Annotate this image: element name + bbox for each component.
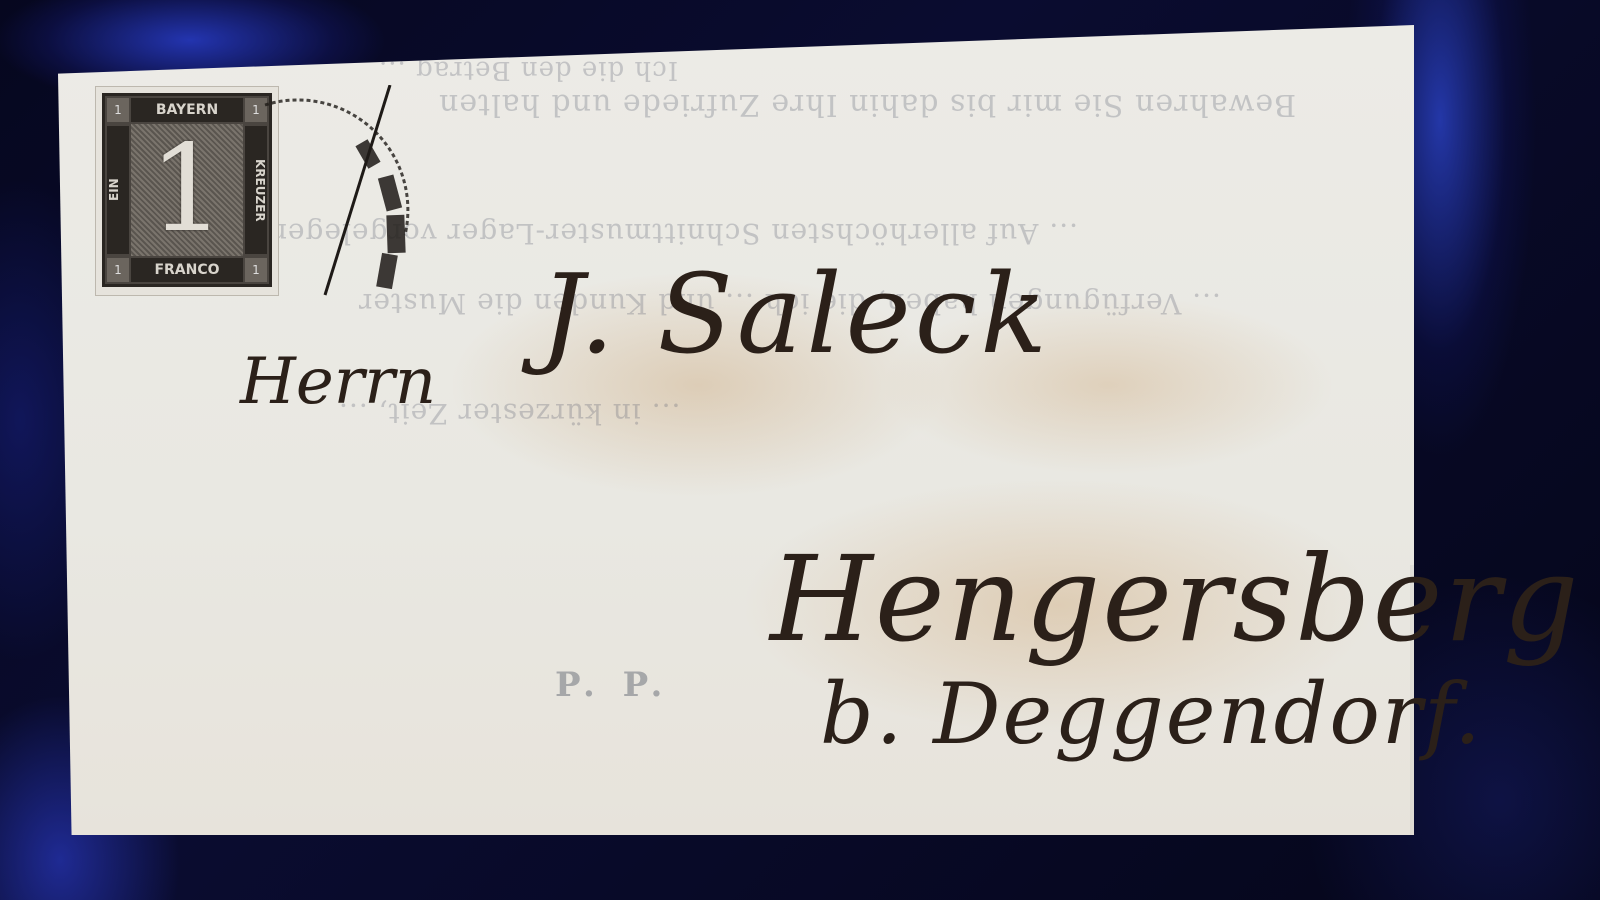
stamp-left-label: EIN [107, 126, 129, 254]
address-name: J. Saleck [540, 250, 1051, 378]
address-town: Hengersberg [770, 530, 1580, 668]
address-district: b. Deggendorf. [820, 665, 1483, 763]
address-salutation: Herrn [240, 345, 436, 419]
printed-mark-pp: P. P. [555, 665, 670, 705]
stamp-corner-value: 1 [107, 258, 129, 282]
stamp-corner-value: 1 [107, 98, 129, 122]
circular-postmark-icon [205, 85, 435, 305]
show-through-text-line: Bewahren Sie mir bis dahin Ihre Zufriede… [438, 87, 1296, 122]
